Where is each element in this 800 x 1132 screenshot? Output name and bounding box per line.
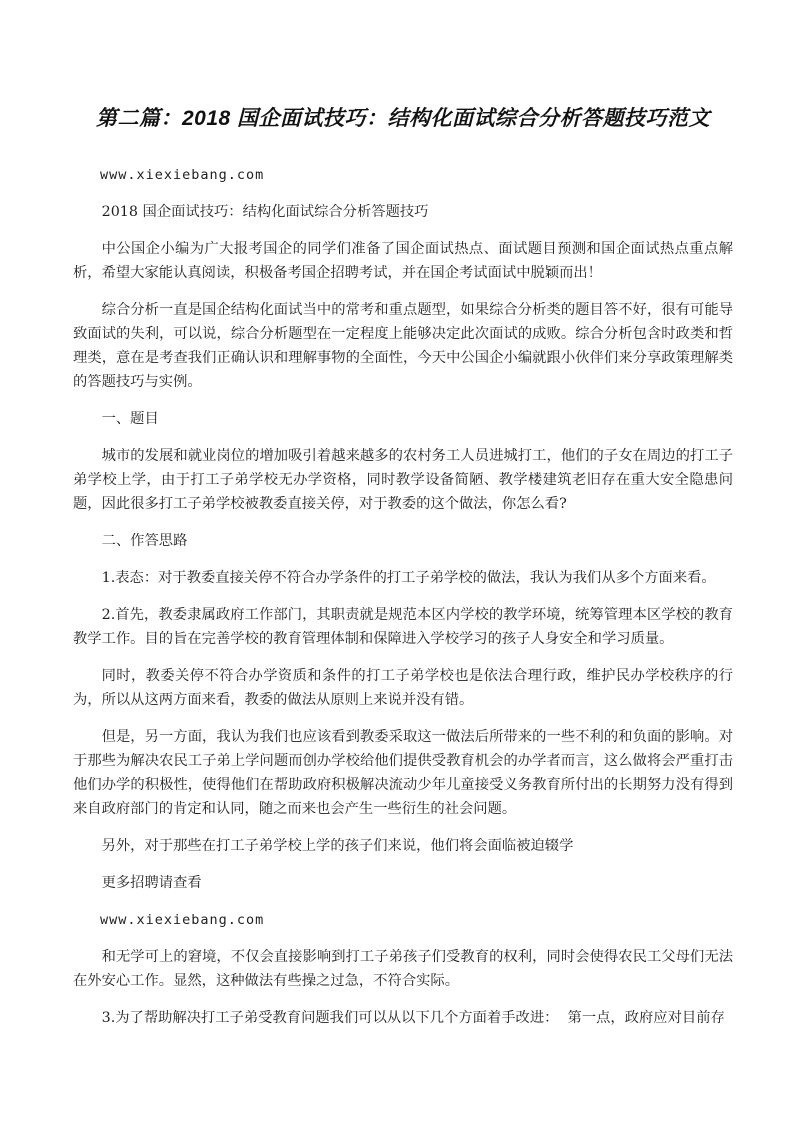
section-heading-question: 一、题目 (73, 407, 733, 431)
doc-subtitle: 2018 国企面试技巧：结构化面试综合分析答题技巧 (73, 200, 733, 224)
document-title-text: 第二篇：2018 国企面试技巧：结构化面试综合分析答题技巧范文 (96, 107, 710, 130)
promo-text: 更多招聘请查看 (73, 871, 733, 895)
intro-paragraph: 中公国企小编为广大报考国企的同学们准备了国企面试热点、面试题目预测和国企面试热点… (73, 237, 733, 285)
document-content: 第二篇：2018 国企面试技巧：结构化面试综合分析答题技巧范文 www.xiex… (73, 103, 733, 1043)
answer-point-1: 1.表态：对于教委直接关停不符合办学条件的打工子弟学校的做法，我认为我们从多个方… (73, 566, 733, 590)
answer-point-2-cont: 同时，教委关停不符合办学资质和条件的打工子弟学校也是依法合理行政，维护民办学校秩… (73, 664, 733, 712)
section-heading-approach: 二、作答思路 (73, 529, 733, 553)
answer-point-3: 3.为了帮助解决打工子弟受教育问题我们可以从以下几个方面着手改进： 第一点，政府… (73, 1006, 733, 1030)
answer-point-2: 2.首先，教委隶属政府工作部门，其职责就是规范本区内学校的教学环境，统筹管理本区… (73, 603, 733, 651)
answer-additional: 另外，对于那些在打工子弟学校上学的孩子们来说，他们将会面临被迫辍学 (73, 834, 733, 858)
document-title: 第二篇：2018 国企面试技巧：结构化面试综合分析答题技巧范文 (73, 103, 733, 135)
site-url-bottom: www.xiexiebang.com (73, 908, 733, 932)
question-paragraph: 城市的发展和就业岗位的增加吸引着越来越多的农村务工人员进城打工，他们的子女在周边… (73, 444, 733, 516)
overview-paragraph: 综合分析一直是国企结构化面试当中的常考和重点题型，如果综合分析类的题目答不好，很… (73, 298, 733, 394)
answer-continued: 和无学可上的窘境，不仅会直接影响到打工子弟孩子们受教育的权利，同时会使得农民工父… (73, 945, 733, 993)
document-page: 第二篇：2018 国企面试技巧：结构化面试综合分析答题技巧范文 www.xiex… (0, 0, 800, 1132)
site-url-top: www.xiexiebang.com (73, 163, 733, 187)
answer-negative-side: 但是，另一方面，我认为我们也应该看到教委采取这一做法后所带来的一些不利的和负面的… (73, 725, 733, 821)
